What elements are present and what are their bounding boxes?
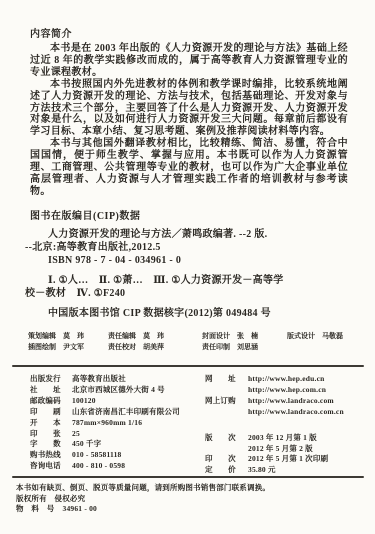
pub-label: 咨询电话 — [30, 461, 72, 472]
pub-value: 400 - 810 - 0598 — [72, 461, 125, 472]
intro-paragraph: 本书按照国内外先进教材的体例和教学课时编排，比较系统地阐述了人力资源开发的理论、… — [30, 79, 348, 139]
cip-line: ISBN 978 - 7 - 04 - 034961 - 0 — [25, 254, 335, 267]
pub-value: 100120 — [72, 396, 96, 407]
credits-item: 版式设计马敬磊 — [287, 331, 343, 342]
pub-label: 购书热线 — [30, 450, 72, 461]
cip-line: 中国版本图书馆 CIP 数据核字(2012)第 049484 号 — [25, 307, 335, 320]
pub-label: 字 数 — [30, 439, 72, 450]
pub-row: 印 张25 — [30, 429, 202, 440]
credits-person: 莫 玮 — [63, 332, 84, 340]
copyright-notice: 版权所有 侵权必究 — [16, 494, 361, 505]
credits-role: 责任校对 — [108, 343, 136, 351]
pub-row: 字 数450 千字 — [30, 439, 202, 450]
pub-label — [205, 444, 248, 455]
pub-label: 印 刷 — [30, 407, 72, 418]
pub-value: http://www.hep.edu.cn — [248, 374, 325, 385]
pub-row: 邮政编码100120 — [30, 396, 202, 407]
credits-column: 责任编辑莫 玮 责任校对胡美萍 — [108, 331, 164, 352]
pub-value: http://www.landraco.com — [248, 396, 334, 407]
intro-paragraph: 本书与其他国外翻译教材相比，比较精练、简洁、易懂，符合中国国情，便于师生教学、掌… — [30, 138, 348, 198]
credits-role: 版式设计 — [287, 332, 315, 340]
cip-line: 人力资源开发的理论与方法／萧鸣政编著. --2 版. — [25, 228, 335, 241]
pub-row: 版 次2003 年 12 月第 1 版 — [205, 433, 367, 444]
pub-value: 北京市西城区德外大街 4 号 — [72, 385, 165, 396]
cip-line: --北京:高等教育出版社,2012.5 — [25, 241, 335, 254]
pub-label: 印 张 — [30, 429, 72, 440]
pub-row: 购书热线010 - 58581118 — [30, 450, 202, 461]
credits-person: 莫 玮 — [143, 332, 164, 340]
pub-label — [205, 407, 248, 418]
credits-item: 责任校对胡美萍 — [108, 342, 164, 353]
footer-section: 本书如有缺页、倒页、脱页等质量问题，请到所购图书销售部门联系调换。 版权所有 侵… — [16, 483, 361, 515]
pub-edition-group: 版 次2003 年 12 月第 1 版 2012 年 5 月第 2 版 印 次2… — [205, 433, 367, 477]
pub-value: 25 — [72, 429, 80, 440]
intro-heading: 内容简介 — [30, 25, 348, 40]
pub-row: http://www.landraco.com.cn — [205, 407, 367, 418]
pub-row: 出版发行高等教育出版社 — [30, 374, 202, 385]
publication-info-left: 出版发行高等教育出版社 社 址北京市西城区德外大街 4 号 邮政编码100120… — [30, 374, 202, 472]
credits-column: 封面设计张 楠 责任印制刘思涵 — [202, 331, 258, 352]
pub-value: 787mm×960mm 1/16 — [72, 418, 142, 429]
pub-row: 开 本787mm×960mm 1/16 — [30, 418, 202, 429]
pub-label: 网 址 — [205, 374, 248, 385]
pub-label: 版 次 — [205, 433, 248, 444]
pub-row: 定 价35.80 元 — [205, 465, 367, 476]
intro-paragraph: 本书是在 2003 年出版的《人力资源开发的理论与方法》基础上经过近 8 年的教… — [30, 43, 348, 79]
material-number-row: 物 料 号34961 - 00 — [16, 504, 361, 515]
pub-label: 定 价 — [205, 465, 248, 476]
pub-value: 山东省济南昌汇丰印刷有限公司 — [72, 407, 180, 418]
credits-role: 策划编辑 — [28, 332, 56, 340]
pub-value: 35.80 元 — [248, 465, 276, 476]
pub-row: 印 次2012 年 5 月第 1 次印刷 — [205, 454, 367, 465]
credits-column: 版式设计马敬磊 — [287, 331, 343, 342]
credits-person: 尹文军 — [63, 343, 84, 351]
credits-person: 张 楠 — [237, 332, 258, 340]
pub-row: 网 址http://www.hep.edu.cn — [205, 374, 367, 385]
pub-value: 高等教育出版社 — [72, 374, 126, 385]
pub-label: 邮政编码 — [30, 396, 72, 407]
quality-notice: 本书如有缺页、倒页、脱页等质量问题，请到所购图书销售部门联系调换。 — [16, 483, 361, 494]
cip-line: Ⅰ. ①人… Ⅱ. ①萧… Ⅲ. ①人力资源开发－高等学 — [25, 274, 335, 287]
pub-value: 450 千字 — [72, 439, 101, 450]
material-label: 物 料 号 — [16, 504, 55, 513]
credits-role: 插图绘制 — [28, 343, 56, 351]
cip-line: 校－教材 Ⅳ. ①F240 — [25, 287, 335, 300]
credits-item: 责任印制刘思涵 — [202, 342, 258, 353]
publication-info-right: 网 址http://www.hep.edu.cn http://www.hep.… — [205, 374, 367, 476]
pub-row: 社 址北京市西城区德外大街 4 号 — [30, 385, 202, 396]
pub-value: http://www.landraco.com.cn — [248, 407, 344, 418]
credits-item: 插图绘制尹文军 — [28, 342, 84, 353]
pub-value: 010 - 58581118 — [72, 450, 121, 461]
material-number: 34961 - 00 — [63, 504, 98, 513]
pub-label: 出版发行 — [30, 374, 72, 385]
pub-row: 网上订购http://www.landraco.com — [205, 396, 367, 407]
credits-person: 马敬磊 — [322, 332, 343, 340]
pub-label: 开 本 — [30, 418, 72, 429]
credits-item: 责任编辑莫 玮 — [108, 331, 164, 342]
credits-role: 责任编辑 — [108, 332, 136, 340]
copyright-page: 内容简介 本书是在 2003 年出版的《人力资源开发的理论与方法》基础上经过近 … — [0, 0, 375, 534]
credits-role: 封面设计 — [202, 332, 230, 340]
credits-item: 封面设计张 楠 — [202, 331, 258, 342]
cip-block: 人力资源开发的理论与方法／萧鸣政编著. --2 版. --北京:高等教育出版社,… — [25, 228, 335, 320]
divider-rule — [12, 476, 364, 478]
pub-value: 2003 年 12 月第 1 版 — [248, 433, 317, 444]
pub-row: 印 刷山东省济南昌汇丰印刷有限公司 — [30, 407, 202, 418]
pub-label — [205, 385, 248, 396]
divider-rule — [12, 365, 364, 367]
credits-person: 胡美萍 — [143, 343, 164, 351]
pub-row: http://www.hep.com.cn — [205, 385, 367, 396]
cip-heading: 图书在版编目(CIP)数据 — [30, 207, 140, 222]
credits-person: 刘思涵 — [237, 343, 258, 351]
pub-label: 网上订购 — [205, 396, 248, 407]
credits-strip: 策划编辑莫 玮 插图绘制尹文军 责任编辑莫 玮 责任校对胡美萍 封面设计张 楠 … — [0, 331, 375, 355]
pub-label: 印 次 — [205, 454, 248, 465]
pub-url-group: 网 址http://www.hep.edu.cn http://www.hep.… — [205, 374, 367, 418]
credits-column: 策划编辑莫 玮 插图绘制尹文军 — [28, 331, 84, 352]
credits-role: 责任印制 — [202, 343, 230, 351]
credits-item: 策划编辑莫 玮 — [28, 331, 84, 342]
pub-row: 2012 年 5 月第 2 版 — [205, 444, 367, 455]
pub-row: 咨询电话400 - 810 - 0598 — [30, 461, 202, 472]
intro-section: 内容简介 本书是在 2003 年出版的《人力资源开发的理论与方法》基础上经过近 … — [30, 25, 348, 198]
pub-value: 2012 年 5 月第 1 次印刷 — [248, 454, 328, 465]
pub-label: 社 址 — [30, 385, 72, 396]
pub-value: http://www.hep.com.cn — [248, 385, 326, 396]
pub-value: 2012 年 5 月第 2 版 — [248, 444, 313, 455]
